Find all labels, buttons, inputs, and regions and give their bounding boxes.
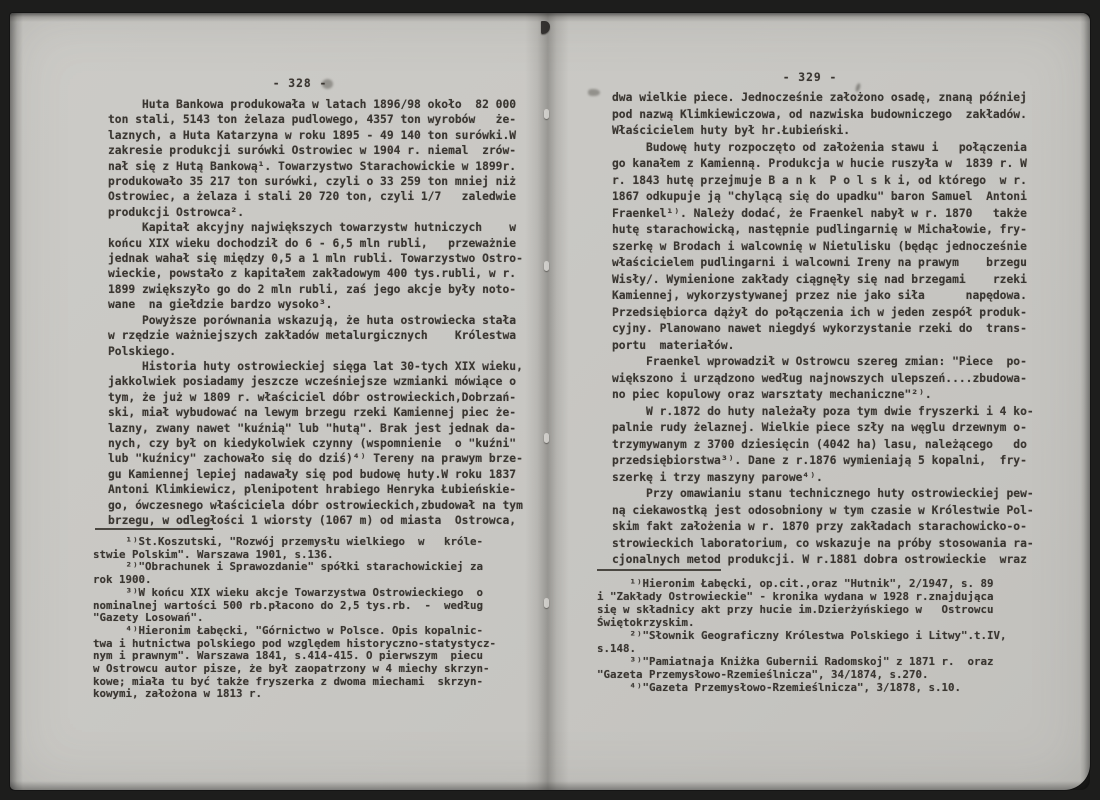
- text-line: końcu XIX wieku dochodził do 6 - 6,5 mln…: [108, 236, 534, 251]
- text-line: Antoni Klimkiewicz, plenipotent hrabiego…: [108, 482, 534, 497]
- text-line: ną ciekawostką jest odosobniony w tym cz…: [612, 503, 1044, 520]
- text-line: Przy omawianiu stanu technicznego huty o…: [612, 486, 1044, 503]
- text-line: większono i urządzono według najnowszych…: [612, 371, 1044, 388]
- text-line: Fraenkel¹⁾. Należy dodać, że Fraenkel na…: [612, 206, 1044, 223]
- text-line: go kanałem z Kamienną. Produkcja w hucie…: [612, 156, 1044, 173]
- text-line: trzymywanym z 3700 dziesięcin (4042 ha) …: [612, 437, 1044, 454]
- text-line: palnie rudy żelaznej. Wielkie piece szły…: [612, 420, 1044, 437]
- text-line: nał się z Hutą Bankową¹. Towarzystwo Sta…: [108, 159, 534, 174]
- binding-stitch: [544, 261, 549, 271]
- page-left-edge: [10, 13, 23, 790]
- text-line: właścicielem pudlingarni i walcowni Iren…: [612, 255, 1044, 272]
- text-line: rok 1900.: [93, 574, 543, 587]
- text-line: Wisły/. Wymienione zakłady ciągnęły się …: [612, 272, 1044, 289]
- binding-stitch: [544, 109, 549, 119]
- text-line: ¹⁾Hieronim Łabęcki, op.cit.,oraz "Hutnik…: [597, 577, 1047, 590]
- text-line: Przedsiębiorca dążył do połączenia ich w…: [612, 305, 1044, 322]
- text-line: i "Zakłady Ostrowieckie" - kronika wydan…: [597, 590, 1047, 603]
- text-line: Właścicielem huty był hr.Łubieński.: [612, 123, 1044, 140]
- text-line: ²⁾"Obrachunek i Sprawozdanie" spółki sta…: [93, 561, 543, 574]
- scan-background: - 328 - Huta Bankowa produkowała w latac…: [0, 0, 1100, 800]
- page-329-footnotes: ¹⁾Hieronim Łabęcki, op.cit.,oraz "Hutnik…: [597, 577, 1047, 694]
- text-line: Kapitał akcyjny największych towarzystw …: [108, 220, 534, 235]
- text-line: portu materiałów.: [612, 338, 1044, 355]
- text-line: nych, czy był on kiedykolwiek czynny (ws…: [108, 436, 534, 451]
- text-line: pod nazwą Klimkiewiczowa, od nazwiska bu…: [612, 107, 1044, 124]
- ink-smudge: [588, 89, 600, 96]
- page-right-edge: [1080, 13, 1090, 790]
- page-328-footnotes: ¹⁾St.Koszutski, "Rozwój przemysłu wielki…: [93, 536, 543, 701]
- text-line: zakresie produkcji surówki Ostrowiec w 1…: [108, 143, 534, 158]
- text-line: no piec kopulowy oraz warsztaty mechanic…: [612, 387, 1044, 404]
- text-line: laznych, a Huta Katarzyna w roku 1895 - …: [108, 128, 534, 143]
- text-line: 1867 odkupuje ją "chylącą się do upadku"…: [612, 189, 1044, 206]
- text-line: produkowało 35 217 ton surówki, czyli o …: [108, 174, 534, 189]
- footnote-separator-right: [597, 569, 721, 571]
- text-line: Historia huty ostrowieckiej sięga lat 30…: [108, 359, 534, 374]
- text-line: jednak wahał się między 0,5 a 1 mln rubl…: [108, 251, 534, 266]
- text-line: dwa wielkie piece. Jednocześnie założono…: [612, 90, 1044, 107]
- text-line: ton stali, 5143 ton żelaza pudlowego, 43…: [108, 112, 534, 127]
- text-line: W r.1872 do huty należały poza tym dwie …: [612, 404, 1044, 421]
- page-number-right: - 329 -: [600, 71, 1020, 84]
- text-line: jakkolwiek posiadamy jeszcze wcześniejsz…: [108, 374, 534, 389]
- text-line: s.148.: [597, 642, 1047, 655]
- footnote-separator-left: [95, 528, 213, 530]
- text-line: wane na giełdzie bardzo wysoko³.: [108, 297, 534, 312]
- book-spread: - 328 - Huta Bankowa produkowała w latac…: [10, 13, 1090, 790]
- text-line: w rzędzie ważniejszych zakładów metalurg…: [108, 328, 534, 343]
- text-line: Huta Bankowa produkowała w latach 1896/9…: [108, 97, 534, 112]
- text-line: lazny, zwany nawet "kuźnią" lub "hutą". …: [108, 421, 534, 436]
- text-line: 1899 zwiększyło go do 2 mln rubli, zaś j…: [108, 282, 534, 297]
- text-line: brzegu, w odległości 1 wiorsty (1067 m) …: [108, 513, 534, 528]
- text-line: przedsiębiorstwa³⁾. Dane z r.1876 wymien…: [612, 453, 1044, 470]
- text-line: się w składnicy akt przy hucie im.Dzierż…: [597, 603, 1047, 616]
- text-line: ¹⁾St.Koszutski, "Rozwój przemysłu wielki…: [93, 536, 543, 549]
- text-line: r. 1843 hutę przejmuje B a n k P o l s k…: [612, 173, 1044, 190]
- text-line: szerkę i trzy maszyny parowe⁴⁾.: [612, 470, 1044, 487]
- page-number-left: - 328 -: [90, 77, 510, 90]
- page-328-body-text: Huta Bankowa produkowała w latach 1896/9…: [108, 97, 534, 528]
- text-line: ⁴⁾"Gazeta Przemysłowo-Rzemieślnicza", 3/…: [597, 681, 1047, 694]
- text-line: cjonalnych metod produkcji. W r.1881 dob…: [612, 552, 1044, 569]
- text-line: szerkę w Brodach i walcownię w Nietulisk…: [612, 239, 1044, 256]
- text-line: lub "kuźnicy" zachowało się do dziś)⁴⁾ T…: [108, 451, 534, 466]
- text-line: skim fakt założenia w r. 1870 przy zakła…: [612, 519, 1044, 536]
- text-line: kowymi, założona w 1813 r.: [93, 688, 543, 701]
- text-line: produkcji Ostrowca².: [108, 205, 534, 220]
- binding-stitch: [544, 598, 549, 608]
- text-line: Kamiennej, wykorzystywanej przez nie jak…: [612, 288, 1044, 305]
- binding-stitch: [544, 433, 549, 443]
- text-line: w Ostrowcu autor pisze, że był zaopatrzo…: [93, 663, 543, 676]
- text-line: hutę starachowicką, następnie pudlingarn…: [612, 222, 1044, 239]
- text-line: cyjny. Planowano nawet niegdyś wykorzyst…: [612, 321, 1044, 338]
- text-line: ⁴⁾Hieronim Łabęcki, "Górnictwo w Polsce.…: [93, 625, 543, 638]
- text-line: wieckie, powstało z kapitałem zakładowym…: [108, 266, 534, 281]
- text-line: tym, że już w 1809 r. właściciel dóbr os…: [108, 390, 534, 405]
- text-line: strowieckich laboratorium, co wskazuje n…: [612, 536, 1044, 553]
- text-line: Budowę huty rozpoczęto od założenia staw…: [612, 140, 1044, 157]
- text-line: Polskiego.: [108, 344, 534, 359]
- text-line: "Gazeta Przemysłowo-Rzemieślnicza", 34/1…: [597, 668, 1047, 681]
- text-line: go, ówczesnego właściciela dóbr ostrowie…: [108, 498, 534, 513]
- text-line: Fraenkel wprowadził w Ostrowcu szereg zm…: [612, 354, 1044, 371]
- text-line: Świętokrzyskim.: [597, 616, 1047, 629]
- text-line: ²⁾"Słownik Geograficzny Królestwa Polski…: [597, 629, 1047, 642]
- page-329-body-text: dwa wielkie piece. Jednocześnie założono…: [612, 90, 1044, 569]
- text-line: ³⁾"Pamiatnaja Kniżka Gubernii Radomskoj"…: [597, 655, 1047, 668]
- text-line: gu Kamiennej lepiej nadawały się pod bud…: [108, 467, 534, 482]
- text-line: Ostrowiec, a żelaza i stali 20 720 ton, …: [108, 189, 534, 204]
- text-line: ski, miał wybudować na lewym brzegu rzek…: [108, 405, 534, 420]
- text-line: ³⁾W końcu XIX wieku akcje Towarzystwa Os…: [93, 587, 543, 600]
- text-line: Powyższe porównania wskazują, że huta os…: [108, 313, 534, 328]
